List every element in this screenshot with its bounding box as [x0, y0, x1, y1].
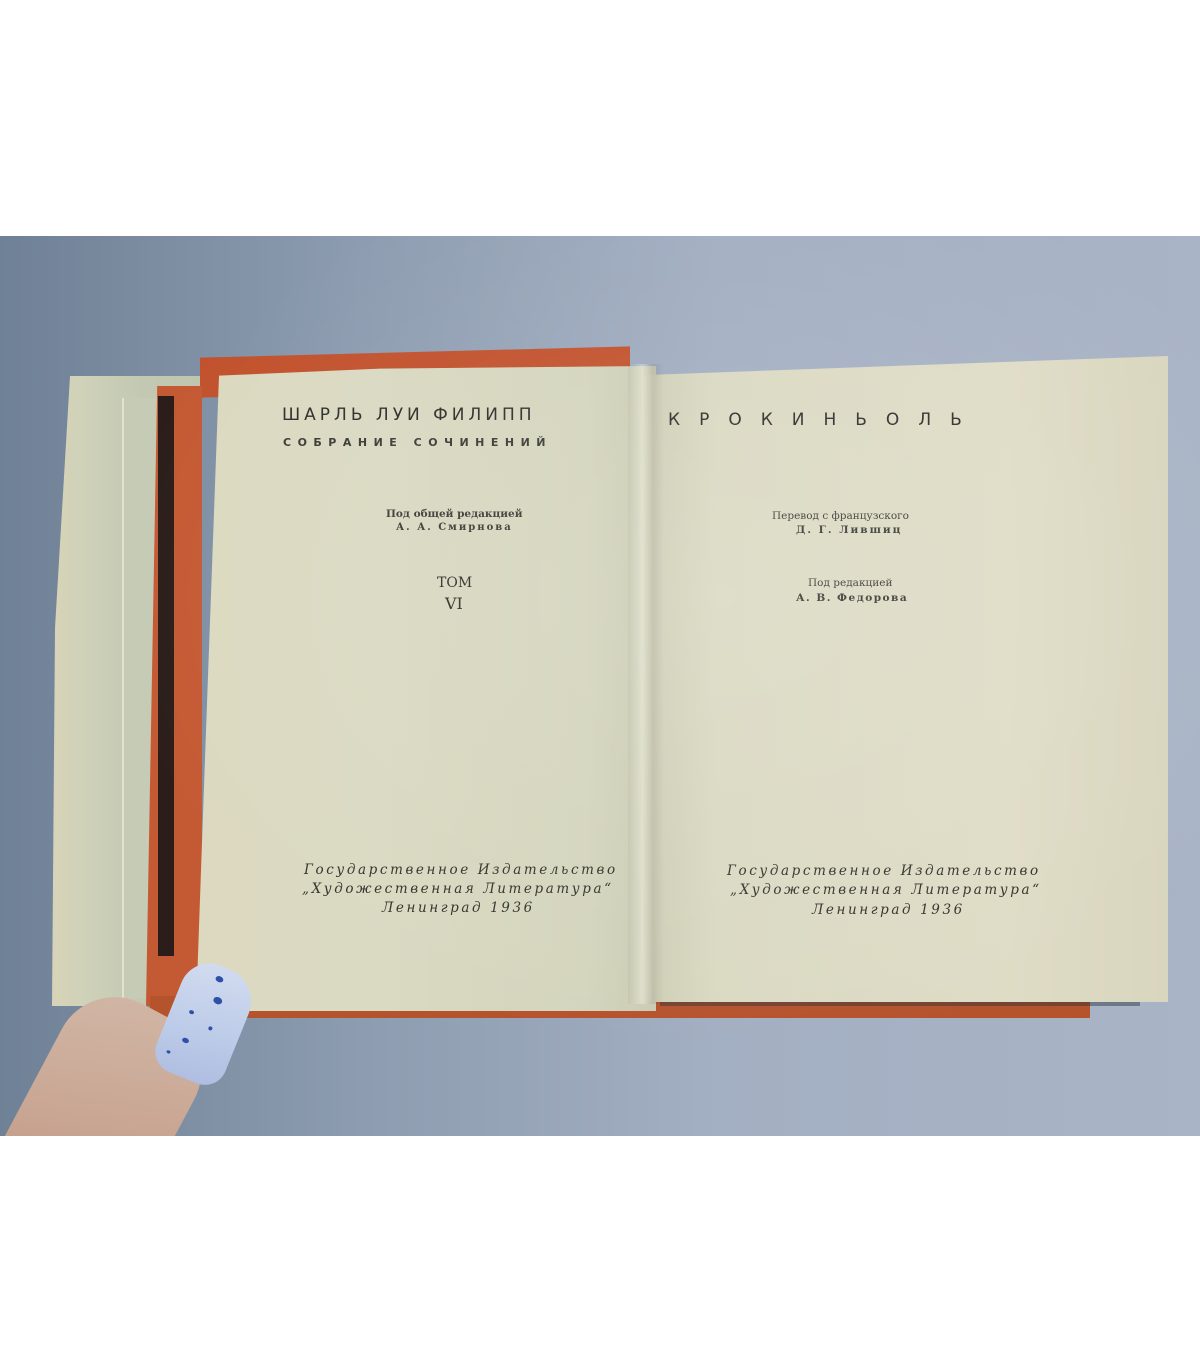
cover-board-edge	[158, 396, 174, 956]
translator-name: Д. Г. Лившиц	[796, 524, 902, 536]
editor-name: А. В. Федорова	[796, 592, 908, 604]
publisher-line-3: Ленинград 1936	[382, 900, 535, 916]
translation-label: Перевод с французского	[772, 510, 909, 522]
publisher-line-2: „Художественная Литература“	[730, 882, 1042, 898]
editor-name: А. А. Смирнова	[396, 522, 513, 533]
editor-label: Под редакцией	[808, 577, 892, 589]
publisher-line-1: Государственное Издательство	[727, 863, 1041, 879]
publisher-line-3: Ленинград 1936	[812, 902, 965, 918]
book-photo: ШАРЛЬ ЛУИ ФИЛИПП СОБРАНИЕ СОЧИНЕНИЙ Под …	[0, 236, 1200, 1136]
publisher-line-2: „Художественная Литература“	[302, 881, 614, 897]
volume-label: ТОМ	[437, 575, 472, 591]
book-gutter	[628, 364, 664, 1004]
collection-title: СОБРАНИЕ СОЧИНЕНИЙ	[283, 436, 552, 449]
publisher-line-1: Государственное Издательство	[304, 862, 618, 878]
editor-label: Под общей редакцией	[386, 508, 523, 520]
author-name: ШАРЛЬ ЛУИ ФИЛИПП	[282, 405, 536, 425]
volume-number: VI	[445, 594, 463, 613]
book-title: КРОКИНЬОЛЬ	[668, 410, 981, 430]
